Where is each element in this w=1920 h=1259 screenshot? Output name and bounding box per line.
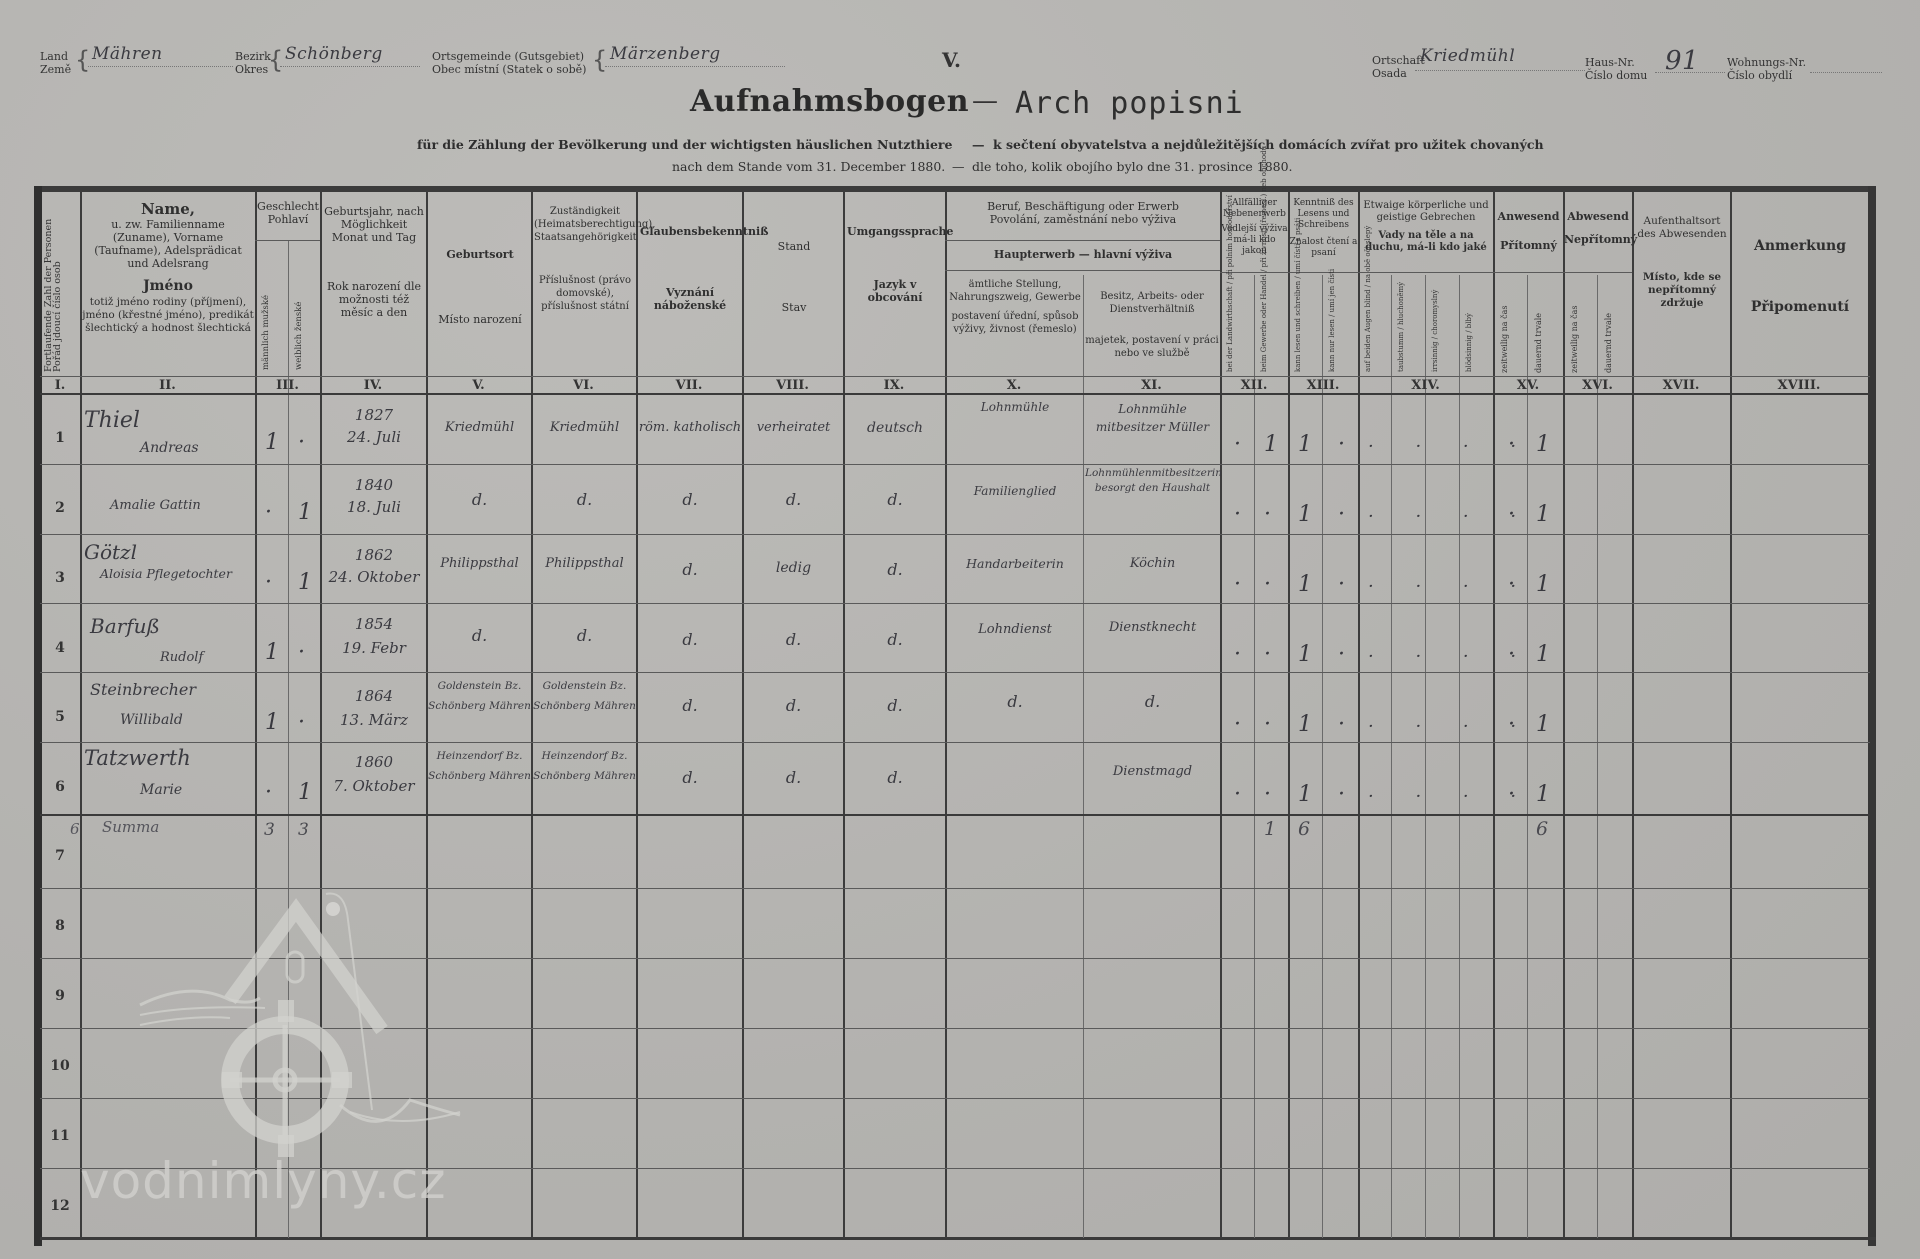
birth-date: 182724. Juli [322,404,426,448]
row-number: 1 [40,430,80,446]
col-ii-header: Name, u. zw. Familienname (Zuname), Vorn… [82,200,254,335]
bracket: { [268,48,283,72]
col-xvi-header: AbwesendNepřítomný [1564,210,1632,246]
table-bottom-border [40,1237,1876,1240]
col-viii-header: StandStav [745,240,843,314]
col-iii-male: männlich mužské [262,290,271,370]
ortschaft-label: OrtschaftOsada [1372,54,1425,80]
fill-line [88,66,233,67]
fill-line [280,66,420,67]
row-number: 9 [40,988,80,1004]
bezirk-label: BezirkOkres [235,50,271,76]
col-iii-header: GeschlechtPohlaví [256,200,320,226]
row-number: 8 [40,918,80,934]
haus-label: Haus-Nr.Číslo domu [1585,56,1647,82]
given-name: Andreas [140,440,199,456]
col-xv-header: AnwesendPřítomný [1494,210,1563,252]
row-number: 4 [40,640,80,656]
col-vii-header: GlaubensbekenntnißVyznání náboženské [640,225,740,312]
col-v-header: GeburtsortMísto narození [432,248,528,326]
gemeinde-label: Ortsgemeinde (Gutsgebiet)Obec místní (St… [432,50,586,76]
fill-line [1810,72,1882,73]
title-dash: — [972,86,998,116]
row-number: 3 [40,570,80,586]
row-number: 2 [40,500,80,516]
col-xvii-header: Aufenthaltsort des AbwesendenMísto, kde … [1634,215,1730,310]
bracket: { [75,48,90,72]
col-ix-header: UmgangsspracheJazyk v obcování [847,225,943,304]
col-i-header: Fortlaufende Zahl der PersonenPořád jdou… [44,196,62,372]
summa-label: Summa [102,818,159,836]
row-number: 12 [40,1198,80,1214]
row-number: 5 [40,709,80,725]
row-number: 7 [40,848,80,864]
wohnung-label: Wohnungs-Nr.Číslo obydlí [1727,56,1806,82]
gemeinde-value: Märzenberg [610,44,721,64]
col-iii-female: weiblich ženské [295,290,304,370]
col-x-header: ämtliche Stellung, Nahrungszweig, Gewerb… [948,278,1082,336]
title-czech: Arch popisni [1015,86,1244,121]
fill-line [1655,72,1725,73]
total-count: 6 [70,820,80,838]
form-number: V. [942,48,961,72]
table-top-border [40,186,1876,192]
surname: Thiel [84,408,140,433]
haupterwerb-header: Haupterwerb — hlavní výživa [947,248,1219,261]
col-x-xi-header: Beruf, Beschäftigung oder ErwerbPovolání… [947,200,1219,226]
col-xviii-header: AnmerkungPřipomenutí [1732,240,1868,314]
fill-line [1415,70,1585,71]
row-number: 10 [40,1058,80,1074]
table-right-border [1868,186,1876,1246]
land-label: LandZemě [40,50,71,76]
row-number: 11 [40,1128,80,1144]
total-male: 3 [264,820,275,840]
bracket: { [592,48,607,72]
land-value: Mähren [92,44,163,64]
col-xiv-header: Etwaige körperliche und geistige Gebrech… [1359,200,1493,254]
subtitle-czech: k sečtení obyvatelstva a nejdůležitějšíc… [993,137,1544,152]
col-xi-header: Besitz, Arbeits- oder Dienstverhältnißma… [1085,290,1219,360]
subtitle-german: für die Zählung der Bevölkerung und der … [417,137,952,152]
date-german: nach dem Stande vom 31. December 1880. [672,159,945,174]
col-vi-header: Zuständigkeit (Heimatsberechtigung), Sta… [534,205,636,313]
row-number: 6 [40,779,80,795]
bezirk-value: Schönberg [285,44,383,64]
col-iv-header: Geburtsjahr, nach Möglichkeit Monat und … [322,205,426,319]
ortschaft-value: Kriedmühl [1420,46,1515,66]
total-female: 3 [298,820,309,840]
title-german: Aufnahmsbogen [690,84,969,119]
fill-line [605,66,785,67]
date-czech: dle toho, kolik obojího bylo dne 31. pro… [972,159,1293,174]
